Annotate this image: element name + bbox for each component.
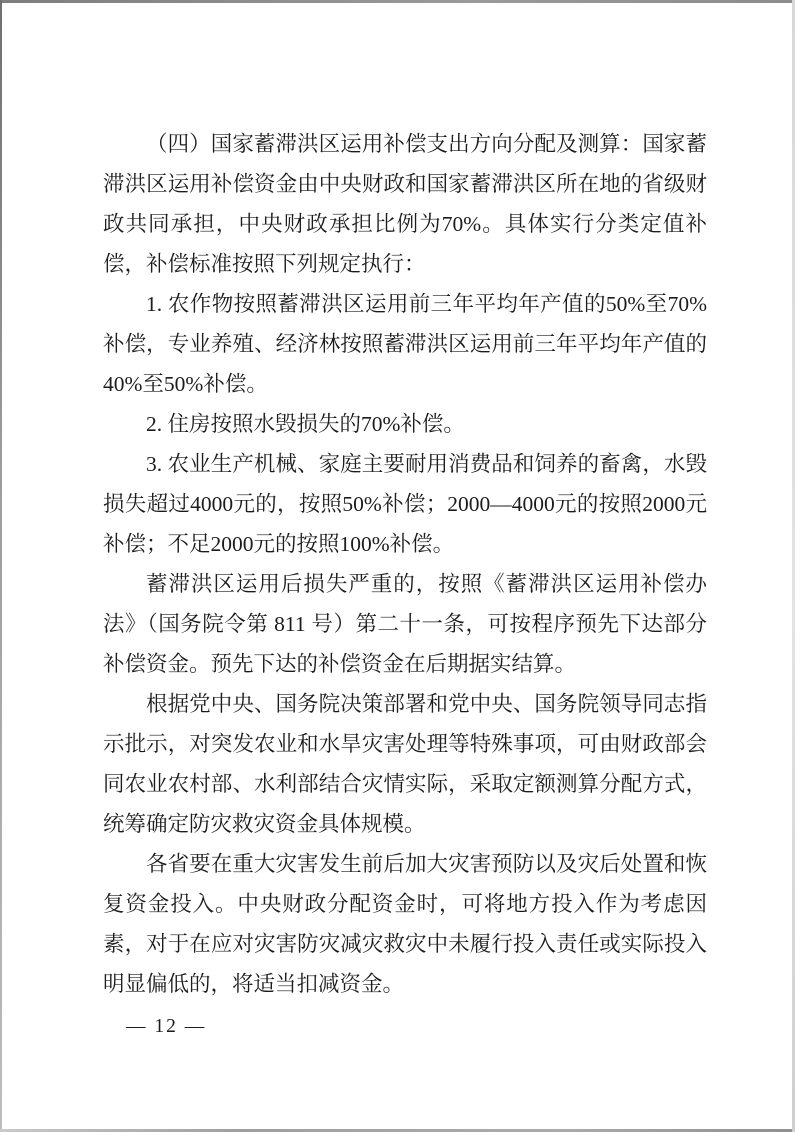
paragraph-item-1-crops: 1. 农作物按照蓄滞洪区运用前三年平均年产值的50%至70%补偿，专业养殖、经济…: [103, 284, 707, 404]
scan-edge-top: [0, 0, 795, 3]
page-number: — 12 —: [126, 1013, 206, 1041]
paragraph-item-2-housing: 2. 住房按照水毁损失的70%补偿。: [103, 404, 707, 444]
paragraph-item-3-machinery: 3. 农业生产机械、家庭主要耐用消费品和饲养的畜禽，水毁损失超过4000元的，按…: [103, 444, 707, 564]
paragraph-section-4-intro: （四）国家蓄滞洪区运用补偿支出方向分配及测算：国家蓄滞洪区运用补偿资金由中央财政…: [103, 124, 707, 284]
scan-edge-left: [0, 0, 2, 1132]
paragraph-central-deployment: 根据党中央、国务院决策部署和党中央、国务院领导同志指示批示，对突发农业和水旱灾害…: [103, 684, 707, 844]
document-body: （四）国家蓄滞洪区运用补偿支出方向分配及测算：国家蓄滞洪区运用补偿资金由中央财政…: [103, 124, 707, 1004]
paragraph-advance-funds: 蓄滞洪区运用后损失严重的，按照《蓄滞洪区运用补偿办法》（国务院令第 811 号）…: [103, 564, 707, 684]
paragraph-provincial-investment: 各省要在重大灾害发生前后加大灾害预防以及灾后处置和恢复资金投入。中央财政分配资金…: [103, 844, 707, 1004]
document-page: { "page": { "paragraphs": [ "（四）国家蓄滞洪区运用…: [0, 0, 795, 1132]
